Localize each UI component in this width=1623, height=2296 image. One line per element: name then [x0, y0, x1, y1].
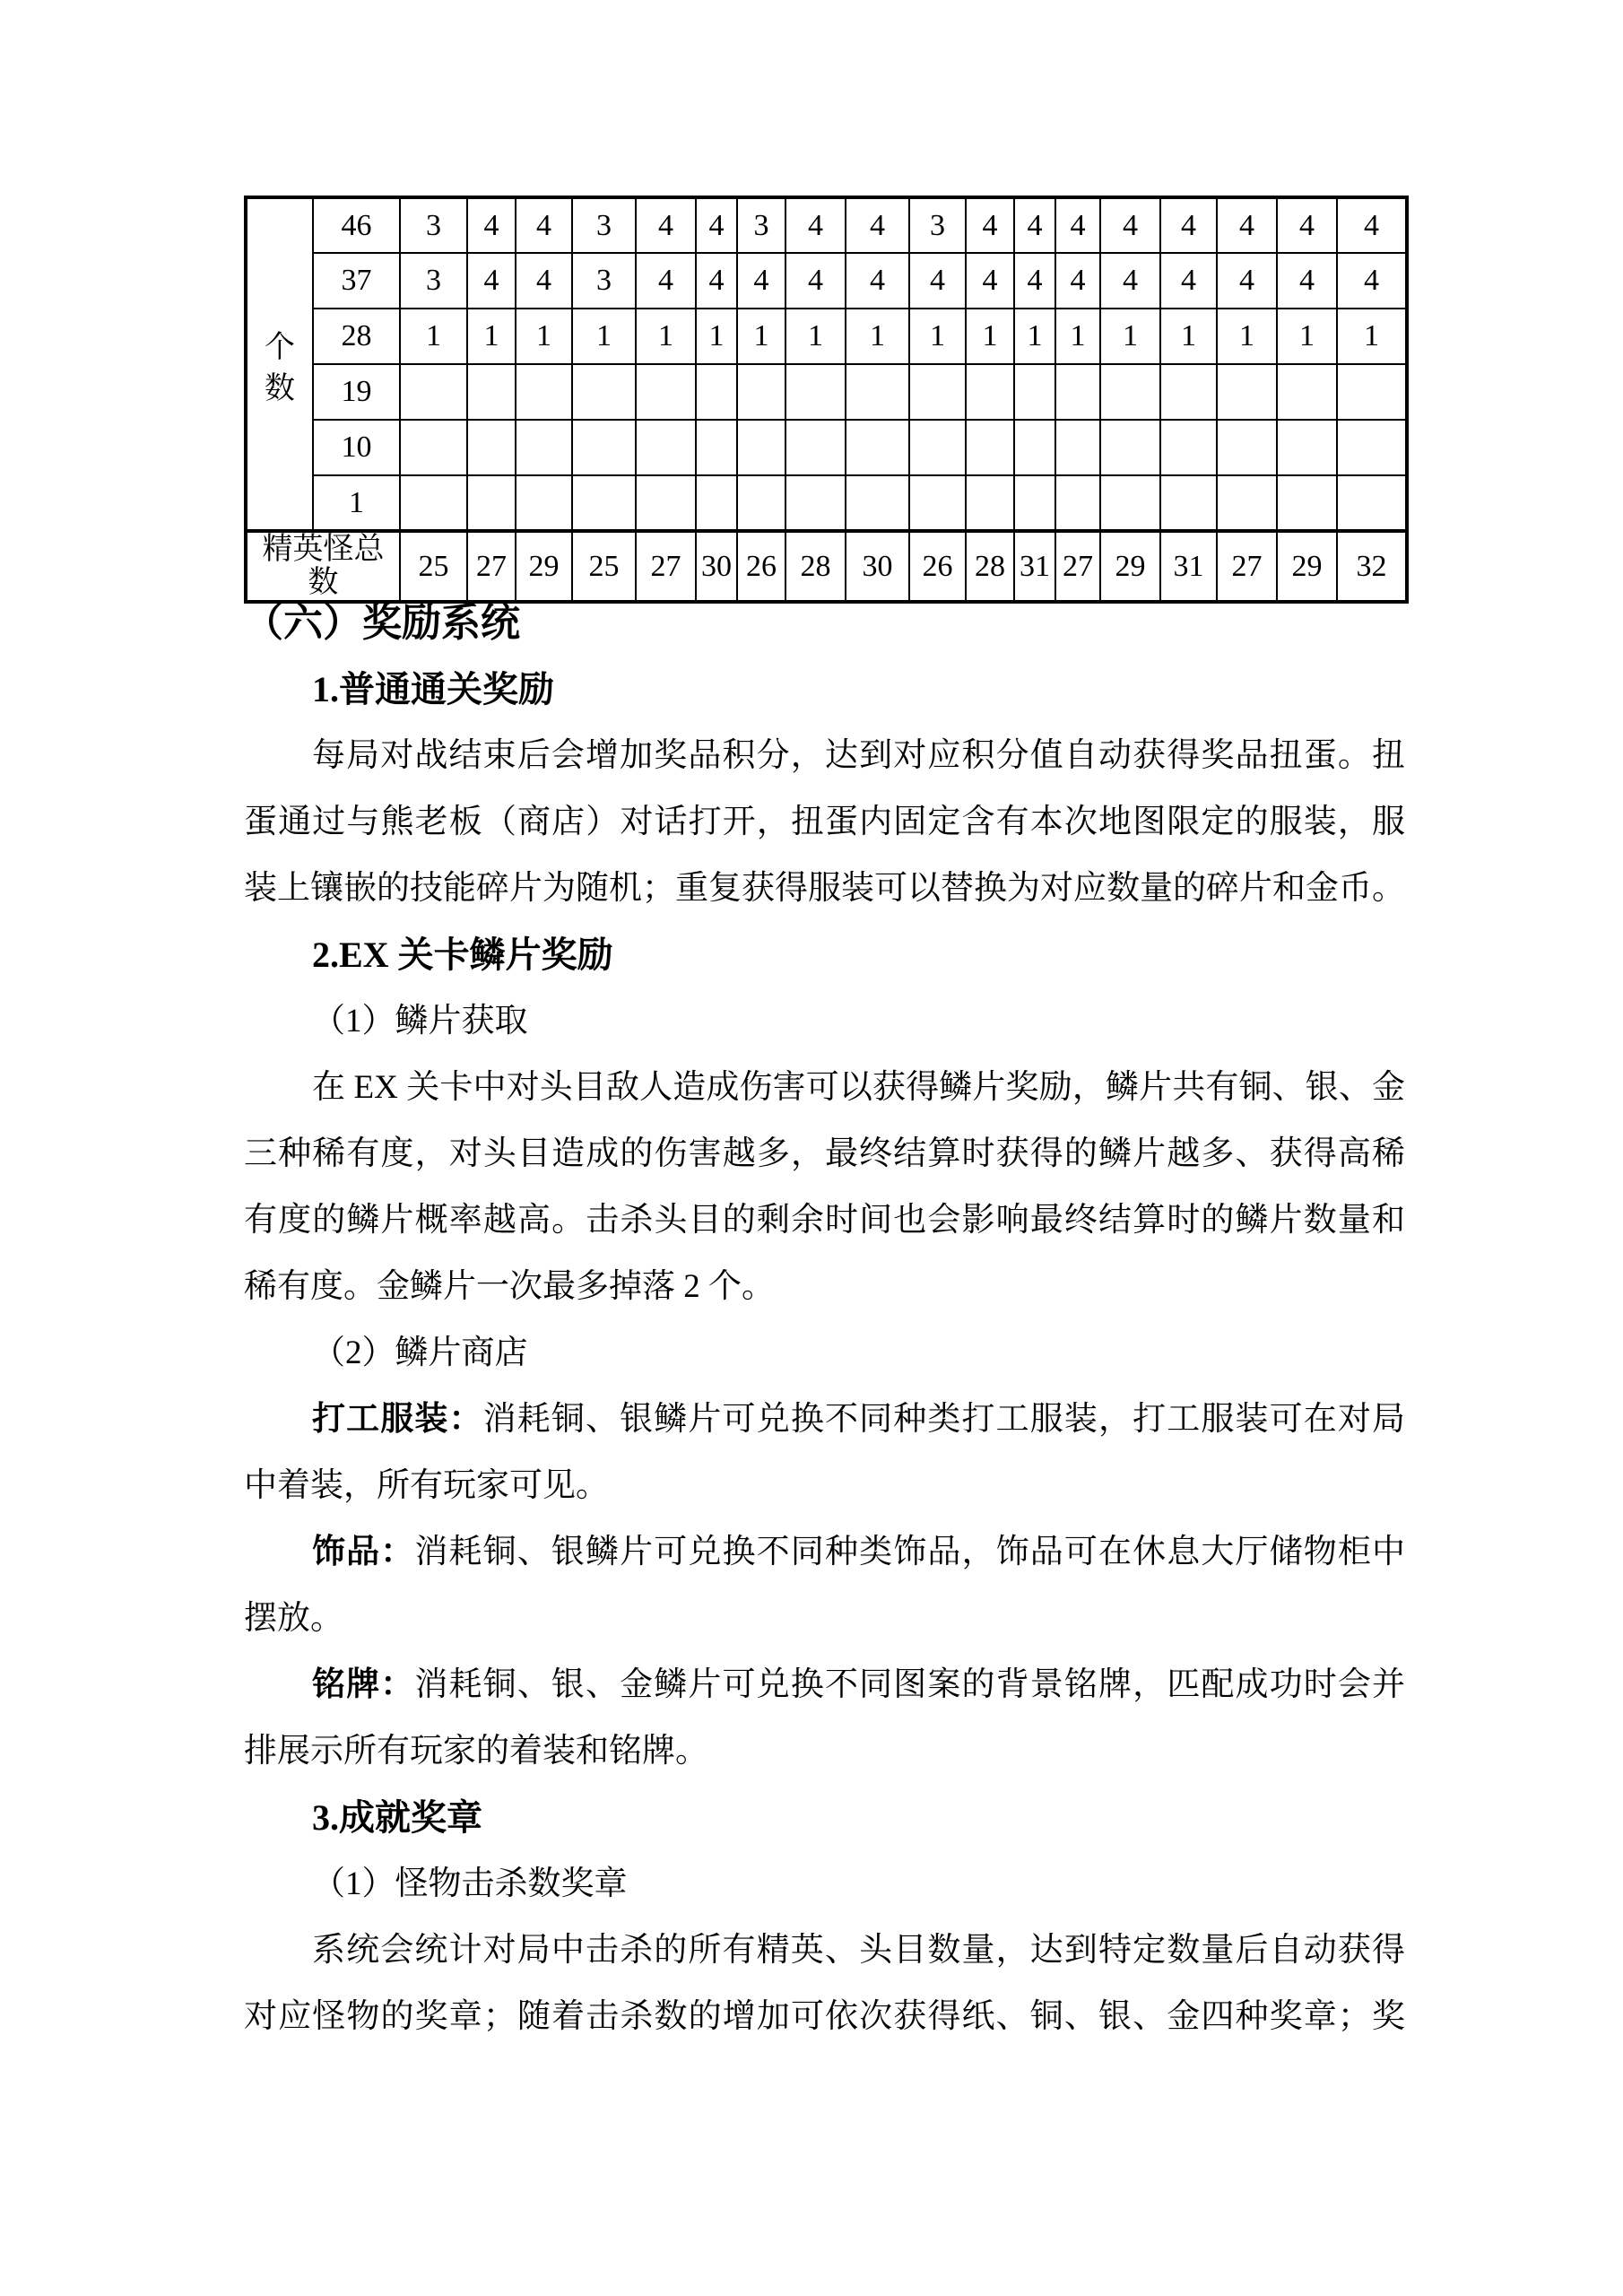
table-cell [696, 364, 737, 420]
table-cell: 4 [696, 197, 737, 253]
table-cell [1277, 475, 1337, 531]
table-cell [1160, 475, 1217, 531]
table-cell [400, 420, 467, 475]
table-cell [636, 364, 696, 420]
term-text: 消耗铜、银鳞片可兑换不同种类打工服装，打工服装可在对局 [483, 1401, 1405, 1438]
table-cell [1014, 475, 1055, 531]
table-cell [516, 475, 572, 531]
table-cell [1337, 364, 1407, 420]
table-cell: 4 [1217, 253, 1277, 309]
table-cell: 1 [909, 309, 966, 364]
term-label: 打工服装： [312, 1401, 483, 1438]
table-cell [737, 364, 785, 420]
table-cell: 1 [785, 309, 846, 364]
paragraph-line: 中着装，所有玩家可见。 [244, 1453, 1405, 1519]
table-cell: 4 [1160, 197, 1217, 253]
table-cell [1217, 475, 1277, 531]
table-cell [1337, 420, 1407, 475]
table-cell: 4 [737, 253, 785, 309]
row-header-cell: 37 [313, 253, 400, 309]
table-cell: 4 [1055, 253, 1100, 309]
table-cell [516, 420, 572, 475]
table-cell: 1 [696, 309, 737, 364]
table-cell: 1 [846, 309, 909, 364]
table-cell [846, 475, 909, 531]
section-heading: （六）奖励系统 [244, 590, 1405, 657]
corner-cell: 个数 [246, 197, 313, 531]
paragraph-line: 每局对战结束后会增加奖品积分，达到对应积分值自动获得奖品扭蛋。扭 [244, 723, 1405, 789]
table-cell: 4 [696, 253, 737, 309]
table-cell: 1 [1160, 309, 1217, 364]
table-cell: 4 [966, 197, 1014, 253]
table-cell: 3 [909, 197, 966, 253]
table-cell [1055, 364, 1100, 420]
list-item-heading: （1）鳞片获取 [244, 988, 1405, 1055]
row-header-cell: 28 [313, 309, 400, 364]
table-cell [1055, 420, 1100, 475]
table-cell [1100, 364, 1160, 420]
table-cell: 1 [467, 309, 516, 364]
table-cell: 4 [636, 253, 696, 309]
table-cell [737, 475, 785, 531]
table-cell [1217, 420, 1277, 475]
table-cell: 4 [1217, 197, 1277, 253]
table-cell: 4 [1337, 253, 1407, 309]
list-item-heading: （1）怪物击杀数奖章 [244, 1851, 1405, 1918]
table-cell: 4 [467, 197, 516, 253]
table-cell: 1 [1100, 309, 1160, 364]
table-cell: 4 [636, 197, 696, 253]
table-cell [1055, 475, 1100, 531]
table-cell: 1 [737, 309, 785, 364]
table-row: 28 111111111111111111 [246, 309, 1407, 364]
table-cell [572, 420, 636, 475]
table-cell: 4 [1014, 197, 1055, 253]
subsection-heading: 1.普通通关奖励 [244, 657, 1405, 723]
table-cell [966, 420, 1014, 475]
table-cell: 1 [636, 309, 696, 364]
table-cell: 4 [1100, 197, 1160, 253]
table-cell [696, 475, 737, 531]
table-cell: 1 [1337, 309, 1407, 364]
document-body: （六）奖励系统 1.普通通关奖励 每局对战结束后会增加奖品积分，达到对应积分值自… [244, 590, 1405, 2050]
table-cell: 4 [1277, 253, 1337, 309]
table-cell [785, 420, 846, 475]
paragraph-line: 蛋通过与熊老板（商店）对话打开，扭蛋内固定含有本次地图限定的服装，服 [244, 789, 1405, 856]
table-cell: 3 [572, 197, 636, 253]
table-cell: 1 [516, 309, 572, 364]
table-row: 个数 46 344344344344444444 [246, 197, 1407, 253]
paragraph-line: 在 EX 关卡中对头目敌人造成伤害可以获得鳞片奖励，鳞片共有铜、银、金 [244, 1055, 1405, 1121]
table-cell: 3 [572, 253, 636, 309]
table-cell: 4 [785, 253, 846, 309]
term-text: 消耗铜、银、金鳞片可兑换不同图案的背景铭牌，匹配成功时会并 [414, 1666, 1405, 1703]
table-cell [909, 475, 966, 531]
table-cell [1014, 364, 1055, 420]
table-cell: 4 [1337, 197, 1407, 253]
corner-label: 个数 [261, 318, 299, 410]
table-cell: 4 [846, 197, 909, 253]
table-cell: 1 [966, 309, 1014, 364]
table-row: 37 344344444444444444 [246, 253, 1407, 309]
paragraph-line: 摆放。 [244, 1586, 1405, 1652]
table-cell [1014, 420, 1055, 475]
table-cell [400, 475, 467, 531]
table-cell: 4 [909, 253, 966, 309]
row-header-cell: 10 [313, 420, 400, 475]
table-cell [696, 420, 737, 475]
table-cell: 1 [572, 309, 636, 364]
table-cell: 4 [1160, 253, 1217, 309]
table-cell [1277, 364, 1337, 420]
table-cell: 3 [737, 197, 785, 253]
table-cell [909, 420, 966, 475]
table-cell: 4 [1100, 253, 1160, 309]
table-cell [467, 475, 516, 531]
table-cell: 1 [1217, 309, 1277, 364]
table-cell [400, 364, 467, 420]
table-cell: 3 [400, 197, 467, 253]
table-cell [516, 364, 572, 420]
table-cell [467, 364, 516, 420]
row-header-cell: 19 [313, 364, 400, 420]
table-cell: 1 [1277, 309, 1337, 364]
table-cell: 4 [966, 253, 1014, 309]
table-cell [572, 364, 636, 420]
table-cell: 4 [516, 197, 572, 253]
table-cell [1160, 420, 1217, 475]
table-cell [966, 364, 1014, 420]
term-label: 铭牌： [312, 1666, 414, 1703]
table-cell [846, 364, 909, 420]
table-cell [846, 420, 909, 475]
paragraph-line: 系统会统计对局中击杀的所有精英、头目数量，达到特定数量后自动获得 [244, 1918, 1405, 1984]
table-cell [785, 364, 846, 420]
list-item-heading: （2）鳞片商店 [244, 1320, 1405, 1387]
table-cell: 1 [1055, 309, 1100, 364]
paragraph-line: 稀有度。金鳞片一次最多掉落 2 个。 [244, 1254, 1405, 1320]
table-cell: 4 [467, 253, 516, 309]
table-row: 10 [246, 420, 1407, 475]
table-row: 1 [246, 475, 1407, 531]
table-cell: 4 [846, 253, 909, 309]
table-cell [467, 420, 516, 475]
paragraph-line: 有度的鳞片概率越高。击杀头目的剩余时间也会影响最终结算时的鳞片数量和 [244, 1187, 1405, 1254]
elite-monster-table: 个数 46 344344344344444444 37 344344444444… [244, 196, 1409, 604]
table-cell [737, 420, 785, 475]
table-row: 19 [246, 364, 1407, 420]
term-text: 消耗铜、银鳞片可兑换不同种类饰品，饰品可在休息大厅储物柜中 [414, 1534, 1405, 1570]
paragraph-line: 饰品：消耗铜、银鳞片可兑换不同种类饰品，饰品可在休息大厅储物柜中 [244, 1519, 1405, 1586]
row-header-cell: 46 [313, 197, 400, 253]
table-cell [1100, 475, 1160, 531]
subsection-heading: 3.成就奖章 [244, 1785, 1405, 1851]
table-cell [1277, 420, 1337, 475]
table-cell: 3 [400, 253, 467, 309]
paragraph-line: 装上镶嵌的技能碎片为随机；重复获得服装可以替换为对应数量的碎片和金币。 [244, 856, 1405, 922]
table-cell: 4 [785, 197, 846, 253]
paragraph-line: 打工服装：消耗铜、银鳞片可兑换不同种类打工服装，打工服装可在对局 [244, 1387, 1405, 1453]
table-cell: 4 [1055, 197, 1100, 253]
table-cell [909, 364, 966, 420]
table-cell [1160, 364, 1217, 420]
table-cell [636, 420, 696, 475]
subsection-heading: 2.EX 关卡鳞片奖励 [244, 922, 1405, 988]
table-cell: 1 [400, 309, 467, 364]
table-cell: 4 [516, 253, 572, 309]
paragraph-line: 排展示所有玩家的着装和铭牌。 [244, 1718, 1405, 1785]
table-cell [785, 475, 846, 531]
paragraph-line: 铭牌：消耗铜、银、金鳞片可兑换不同图案的背景铭牌，匹配成功时会并 [244, 1652, 1405, 1718]
paragraph-line: 对应怪物的奖章；随着击杀数的增加可依次获得纸、铜、银、金四种奖章；奖 [244, 1984, 1405, 2050]
table-cell [1100, 420, 1160, 475]
table-cell: 4 [1277, 197, 1337, 253]
term-label: 饰品： [312, 1534, 414, 1570]
table-cell: 1 [1014, 309, 1055, 364]
table-cell [1217, 364, 1277, 420]
table-cell [636, 475, 696, 531]
table-cell [1337, 475, 1407, 531]
table-cell: 4 [1014, 253, 1055, 309]
row-header-cell: 1 [313, 475, 400, 531]
document-page: 个数 46 344344344344444444 37 344344444444… [0, 0, 1623, 2296]
table-cell [966, 475, 1014, 531]
paragraph-line: 三种稀有度，对头目造成的伤害越多，最终结算时获得的鳞片越多、获得高稀 [244, 1121, 1405, 1187]
table-cell [572, 475, 636, 531]
